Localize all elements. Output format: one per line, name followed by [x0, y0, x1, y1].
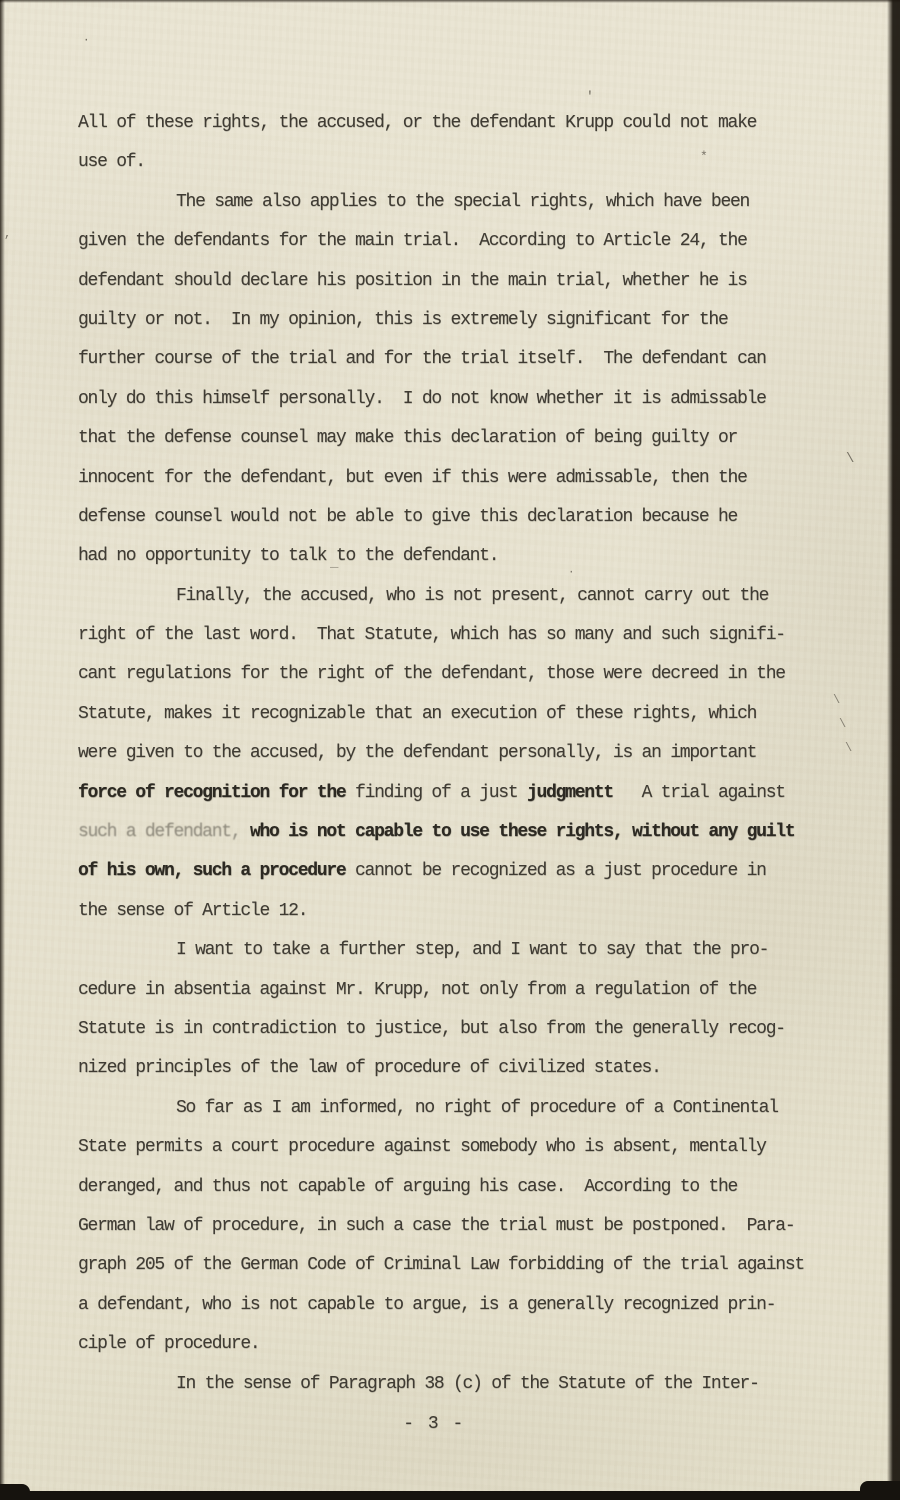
scan-edge-top [0, 0, 900, 3]
text-line: Statute, makes it recognizable that an e… [78, 695, 850, 734]
text-segment: who is not capable to use these rights, … [240, 822, 794, 842]
text-line: State permits a court procedure against … [78, 1128, 850, 1167]
text-segment: State permits a court procedure against … [78, 1137, 766, 1157]
text-segment: A trial against [613, 783, 785, 803]
text-segment: Statute, makes it recognizable that an e… [78, 704, 756, 724]
text-segment: ciple of procedure. [78, 1334, 259, 1354]
text-line: that the defense counsel may make this d… [78, 419, 850, 458]
text-line: I want to take a further step, and I wan… [78, 931, 850, 970]
scanned-page: All of these rights, the accused, or the… [0, 0, 900, 1500]
scan-corner-bottom-left [0, 1484, 30, 1500]
text-line: only do this himself personally. I do no… [78, 380, 850, 419]
text-line: of his own, such a procedure cannot be r… [78, 852, 850, 891]
text-segment: finding of a just [355, 783, 527, 803]
text-line: graph 205 of the German Code of Criminal… [78, 1246, 850, 1285]
text-line: deranged, and thus not capable of arguin… [78, 1168, 850, 1207]
text-segment: Statute is in contradiction to justice, … [78, 1019, 785, 1039]
text-line: right of the last word. That Statute, wh… [78, 616, 850, 655]
text-line: force of recognition for the finding of … [78, 774, 850, 813]
text-line: had no opportunity to talk to the defend… [78, 537, 850, 576]
text-segment: were given to the accused, by the defend… [78, 743, 756, 763]
text-segment: cant regulations for the right of the de… [78, 664, 785, 684]
text-segment: further course of the trial and for the … [78, 349, 766, 369]
text-line: given the defendants for the main trial.… [78, 222, 850, 261]
text-line: Statute is in contradiction to justice, … [78, 1010, 850, 1049]
text-line: defense counsel would not be able to giv… [78, 498, 850, 537]
text-line: In the sense of Paragraph 38 (c) of the … [78, 1365, 850, 1404]
text-segment: cedure in absentia against Mr. Krupp, no… [78, 980, 756, 1000]
text-line: the sense of Article 12. [78, 892, 850, 931]
text-segment: deranged, and thus not capable of arguin… [78, 1177, 737, 1197]
text-line: ciple of procedure. [78, 1325, 850, 1364]
text-segment: given the defendants for the main trial.… [78, 231, 747, 251]
text-segment: use of. [78, 152, 145, 172]
text-line: defendant should declare his position in… [78, 262, 850, 301]
text-segment: So far as I am informed, no right of pro… [176, 1098, 778, 1118]
text-segment: defense counsel would not be able to giv… [78, 507, 737, 527]
text-segment: cannot be recognized as a just procedure… [345, 861, 765, 881]
text-segment: German law of procedure, in such a case … [78, 1216, 794, 1236]
page-number: - 3 - [0, 1414, 868, 1434]
text-line: nized principles of the law of procedure… [78, 1049, 850, 1088]
text-segment: such a defendant, [78, 822, 240, 842]
text-line: were given to the accused, by the defend… [78, 734, 850, 773]
stray-tick: ' [586, 90, 594, 103]
text-line: So far as I am informed, no right of pro… [78, 1089, 850, 1128]
text-segment: All of these rights, the accused, or the… [78, 113, 756, 133]
text-line: The same also applies to the special rig… [78, 183, 850, 222]
text-segment: right of the last word. That Statute, wh… [78, 625, 785, 645]
text-line: a defendant, who is not capable to argue… [78, 1286, 850, 1325]
scan-edge-left [0, 0, 5, 1500]
scan-corner-bottom-right [860, 1481, 900, 1500]
stray-comma: , [4, 228, 11, 240]
text-segment: the sense of Article 12. [78, 901, 307, 921]
text-line: German law of procedure, in such a case … [78, 1207, 850, 1246]
text-line: guilty or not. In my opinion, this is ex… [78, 301, 850, 340]
text-segment: nized principles of the law of procedure… [78, 1058, 661, 1078]
text-segment: Finally, the accused, who is not present… [176, 586, 768, 606]
speck-dot: · [83, 36, 90, 47]
scan-edge-bottom [0, 1491, 900, 1500]
text-segment: only do this himself personally. I do no… [78, 389, 766, 409]
text-segment: defendant should declare his position in… [78, 271, 747, 291]
text-segment: In the sense of Paragraph 38 (c) of the … [176, 1374, 759, 1394]
text-line: cedure in absentia against Mr. Krupp, no… [78, 971, 850, 1010]
text-segment: judgmentt [527, 783, 613, 803]
text-segment: of his own, such a procedure [78, 861, 345, 881]
text-line: use of. [78, 143, 850, 182]
text-segment: a defendant, who is not capable to argue… [78, 1295, 775, 1315]
text-segment: force of recognition for the [78, 783, 355, 803]
text-line: such a defendant, who is not capable to … [78, 813, 850, 852]
text-segment: I want to take a further step, and I wan… [176, 940, 768, 960]
text-segment: The same also applies to the special rig… [176, 192, 749, 212]
scan-edge-right [887, 0, 900, 1500]
text-line: Finally, the accused, who is not present… [78, 577, 850, 616]
text-line: All of these rights, the accused, or the… [78, 104, 850, 143]
text-segment: had no opportunity to talk to the defend… [78, 546, 498, 566]
text-segment: graph 205 of the German Code of Criminal… [78, 1255, 804, 1275]
text-segment: that the defense counsel may make this d… [78, 428, 737, 448]
text-segment: innocent for the defendant, but even if … [78, 468, 747, 488]
typewritten-text: All of these rights, the accused, or the… [78, 104, 850, 1404]
text-line: innocent for the defendant, but even if … [78, 459, 850, 498]
text-line: further course of the trial and for the … [78, 340, 850, 379]
text-line: cant regulations for the right of the de… [78, 655, 850, 694]
text-segment: guilty or not. In my opinion, this is ex… [78, 310, 728, 330]
